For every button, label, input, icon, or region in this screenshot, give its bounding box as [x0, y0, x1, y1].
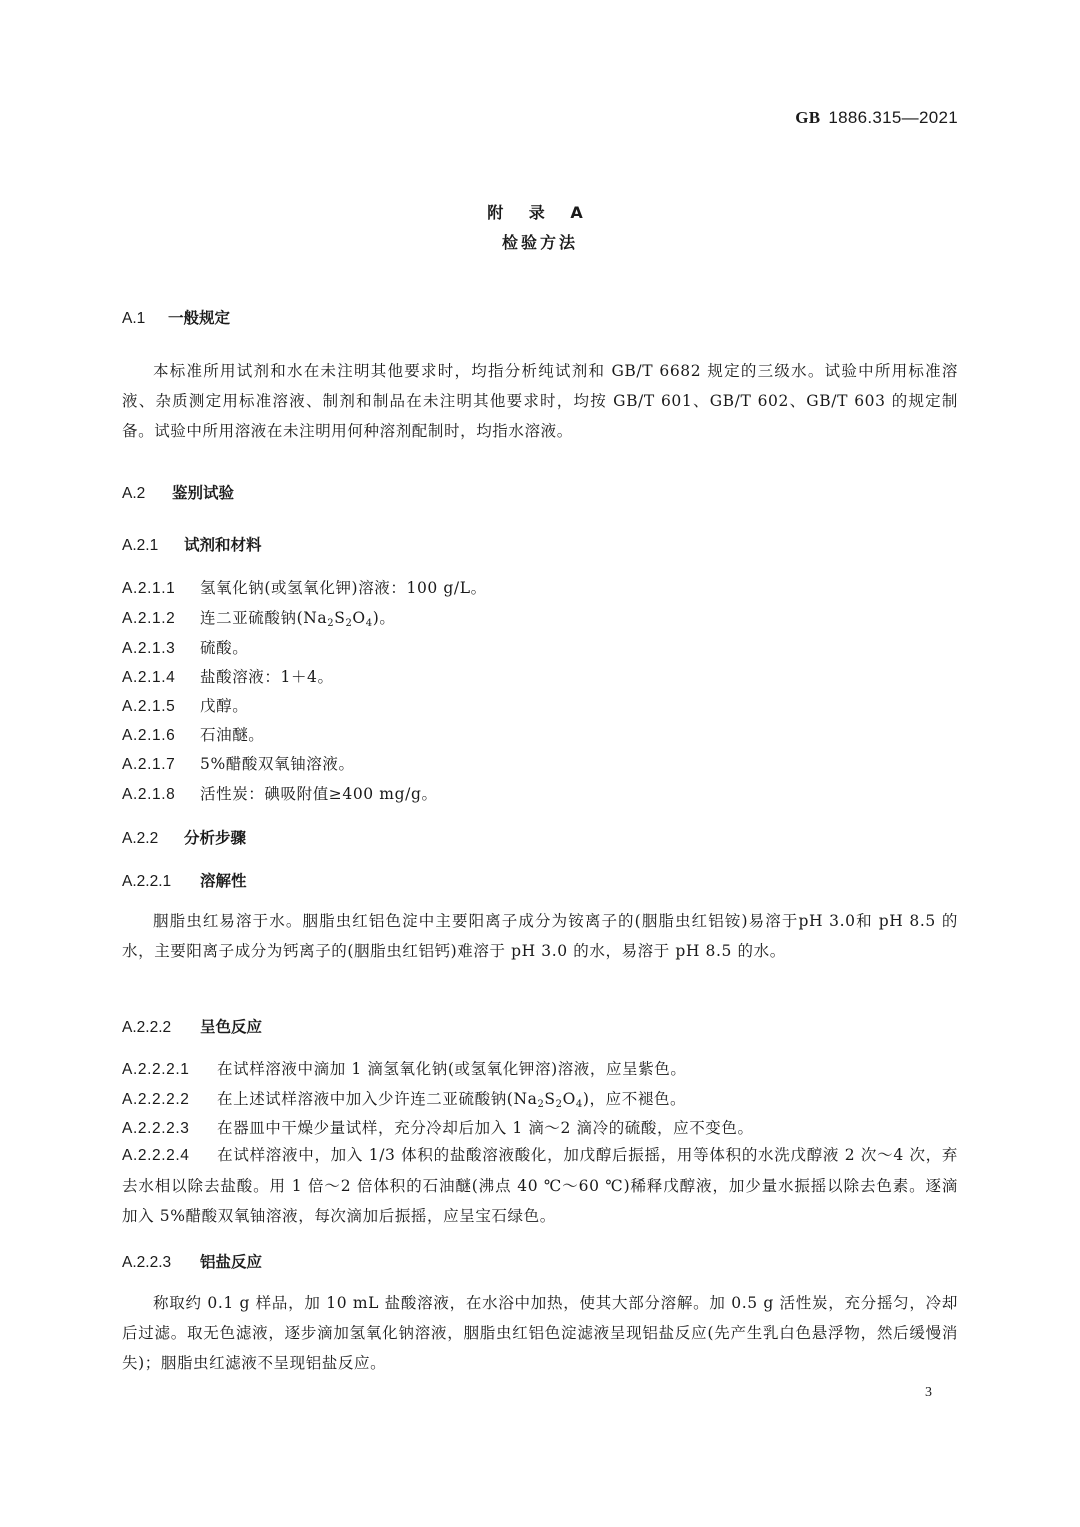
list-item: A.2.1.3硫酸。 — [122, 636, 248, 658]
section-heading-a1: A.1一般规定 — [122, 306, 230, 328]
section-a221-paragraph: 胭脂虫红易溶于水。胭脂虫红铝色淀中主要阳离子成分为铵离子的(胭脂虫红铝铵)易溶于… — [122, 906, 958, 966]
list-item: A.2.2.2.4在试样溶液中，加入 1/3 体积的盐酸溶液酸化，加戊醇后振摇，… — [122, 1140, 958, 1231]
list-item: A.2.2.2.2在上述试样溶液中加入少许连二亚硫酸钠(Na2S2O4)，应不褪… — [122, 1087, 686, 1110]
appendix-subtitle: 检验方法 — [0, 230, 1080, 253]
section-heading-a223: A.2.2.3铝盐反应 — [122, 1250, 262, 1272]
section-a223-paragraph: 称取约 0.1 g 样品，加 10 mL 盐酸溶液，在水浴中加热，使其大部分溶解… — [122, 1288, 958, 1378]
list-item: A.2.1.8活性炭：碘吸附值≥400 mg/g。 — [122, 782, 438, 804]
list-item: A.2.1.6石油醚。 — [122, 723, 264, 745]
section-heading-a21: A.2.1试剂和材料 — [122, 533, 262, 555]
section-heading-a2: A.2鉴别试验 — [122, 481, 234, 503]
standard-number: GB1886.315—2021 — [795, 108, 958, 128]
section-a1-paragraph: 本标准所用试剂和水在未注明其他要求时，均指分析纯试剂和 GB/T 6682 规定… — [122, 356, 958, 446]
page-number: 3 — [925, 1385, 932, 1401]
list-item: A.2.1.2连二亚硫酸钠(Na2S2O4)。 — [122, 606, 395, 629]
list-item: A.2.1.4盐酸溶液：1＋4。 — [122, 665, 334, 687]
section-heading-a222: A.2.2.2呈色反应 — [122, 1015, 262, 1037]
section-heading-a221: A.2.2.1溶解性 — [122, 869, 247, 891]
list-item: A.2.2.2.1在试样溶液中滴加 1 滴氢氧化钠(或氢氧化钾溶)溶液，应呈紫色… — [122, 1057, 687, 1079]
standard-prefix: GB — [795, 108, 820, 127]
section-heading-a22: A.2.2分析步骤 — [122, 826, 246, 848]
list-item: A.2.2.2.3在器皿中干燥少量试样，充分冷却后加入 1 滴～2 滴冷的硫酸，… — [122, 1116, 754, 1138]
list-item: A.2.1.5戊醇。 — [122, 694, 248, 716]
list-item: A.2.1.75%醋酸双氧铀溶液。 — [122, 752, 355, 774]
appendix-title: 附 录 A — [0, 200, 1080, 223]
standard-code: 1886.315—2021 — [828, 108, 958, 127]
list-item: A.2.1.1氢氧化钠(或氢氧化钾)溶液：100 g/L。 — [122, 576, 487, 598]
